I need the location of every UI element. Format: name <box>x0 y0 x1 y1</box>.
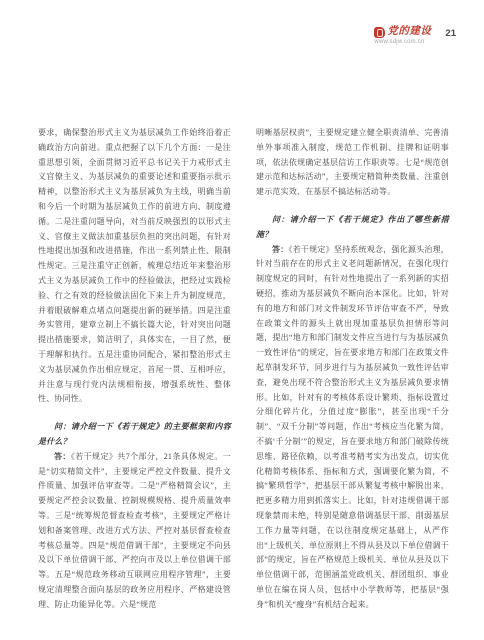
answer-text: 《若干规定》坚持系统观念，强化源头治理，针对当前存在的形式主义老问题新情况，在强… <box>256 245 449 609</box>
brand-url: www.sdjw.com.cn <box>374 39 431 46</box>
brand-name: 党的建设 <box>387 26 431 38</box>
answer-prefix: 答： <box>54 452 71 461</box>
column-right: 明晰基层权责”，主要规定建立健全职责清单、完善清单外事项准入制度，规范工作机制、… <box>256 126 449 613</box>
continuation-paragraph: 要求，确保整治形式主义为基层减负工作始终沿着正确政治方向前进。重点把握了以下几个… <box>38 126 231 407</box>
brand-logo: 党的建设 www.sdjw.com.cn <box>374 26 431 46</box>
question-heading: 问：请介绍一下《若干规定》作出了哪些新措施？ <box>256 213 449 243</box>
answer-text: 《若干规定》共7个部分，21条具体规定。一是“切实精简文件”，主要规定严控文件数… <box>38 452 231 609</box>
red-seal-icon <box>374 27 385 38</box>
column-left: 要求，确保整治形式主义为基层减负工作始终沿着正确政治方向前进。重点把握了以下几个… <box>38 126 231 613</box>
answer-prefix: 答： <box>272 245 288 254</box>
magazine-page: 党的建设 www.sdjw.com.cn 21 要求，确保整治形式主义为基层减负… <box>0 0 484 640</box>
continuation-paragraph: 明晰基层权责”，主要规定建立健全职责清单、完善清单外事项准入制度，规范工作机制、… <box>256 126 449 200</box>
brand-row: 党的建设 <box>374 26 431 38</box>
answer-paragraph: 答：《若干规定》坚持系统观念，强化源头治理，针对当前存在的形式主义老问题新情况，… <box>256 243 449 613</box>
answer-paragraph: 答：《若干规定》共7个部分，21条具体规定。一是“切实精简文件”，主要规定严控文… <box>38 450 231 613</box>
question-heading: 问：请介绍一下《若干规定》的主要框架和内容是什么？ <box>38 420 231 450</box>
page-number: 21 <box>445 26 456 39</box>
article-body: 要求，确保整治形式主义为基层减负工作始终沿着正确政治方向前进。重点把握了以下几个… <box>38 126 449 613</box>
page-header: 党的建设 www.sdjw.com.cn 21 <box>374 26 456 46</box>
